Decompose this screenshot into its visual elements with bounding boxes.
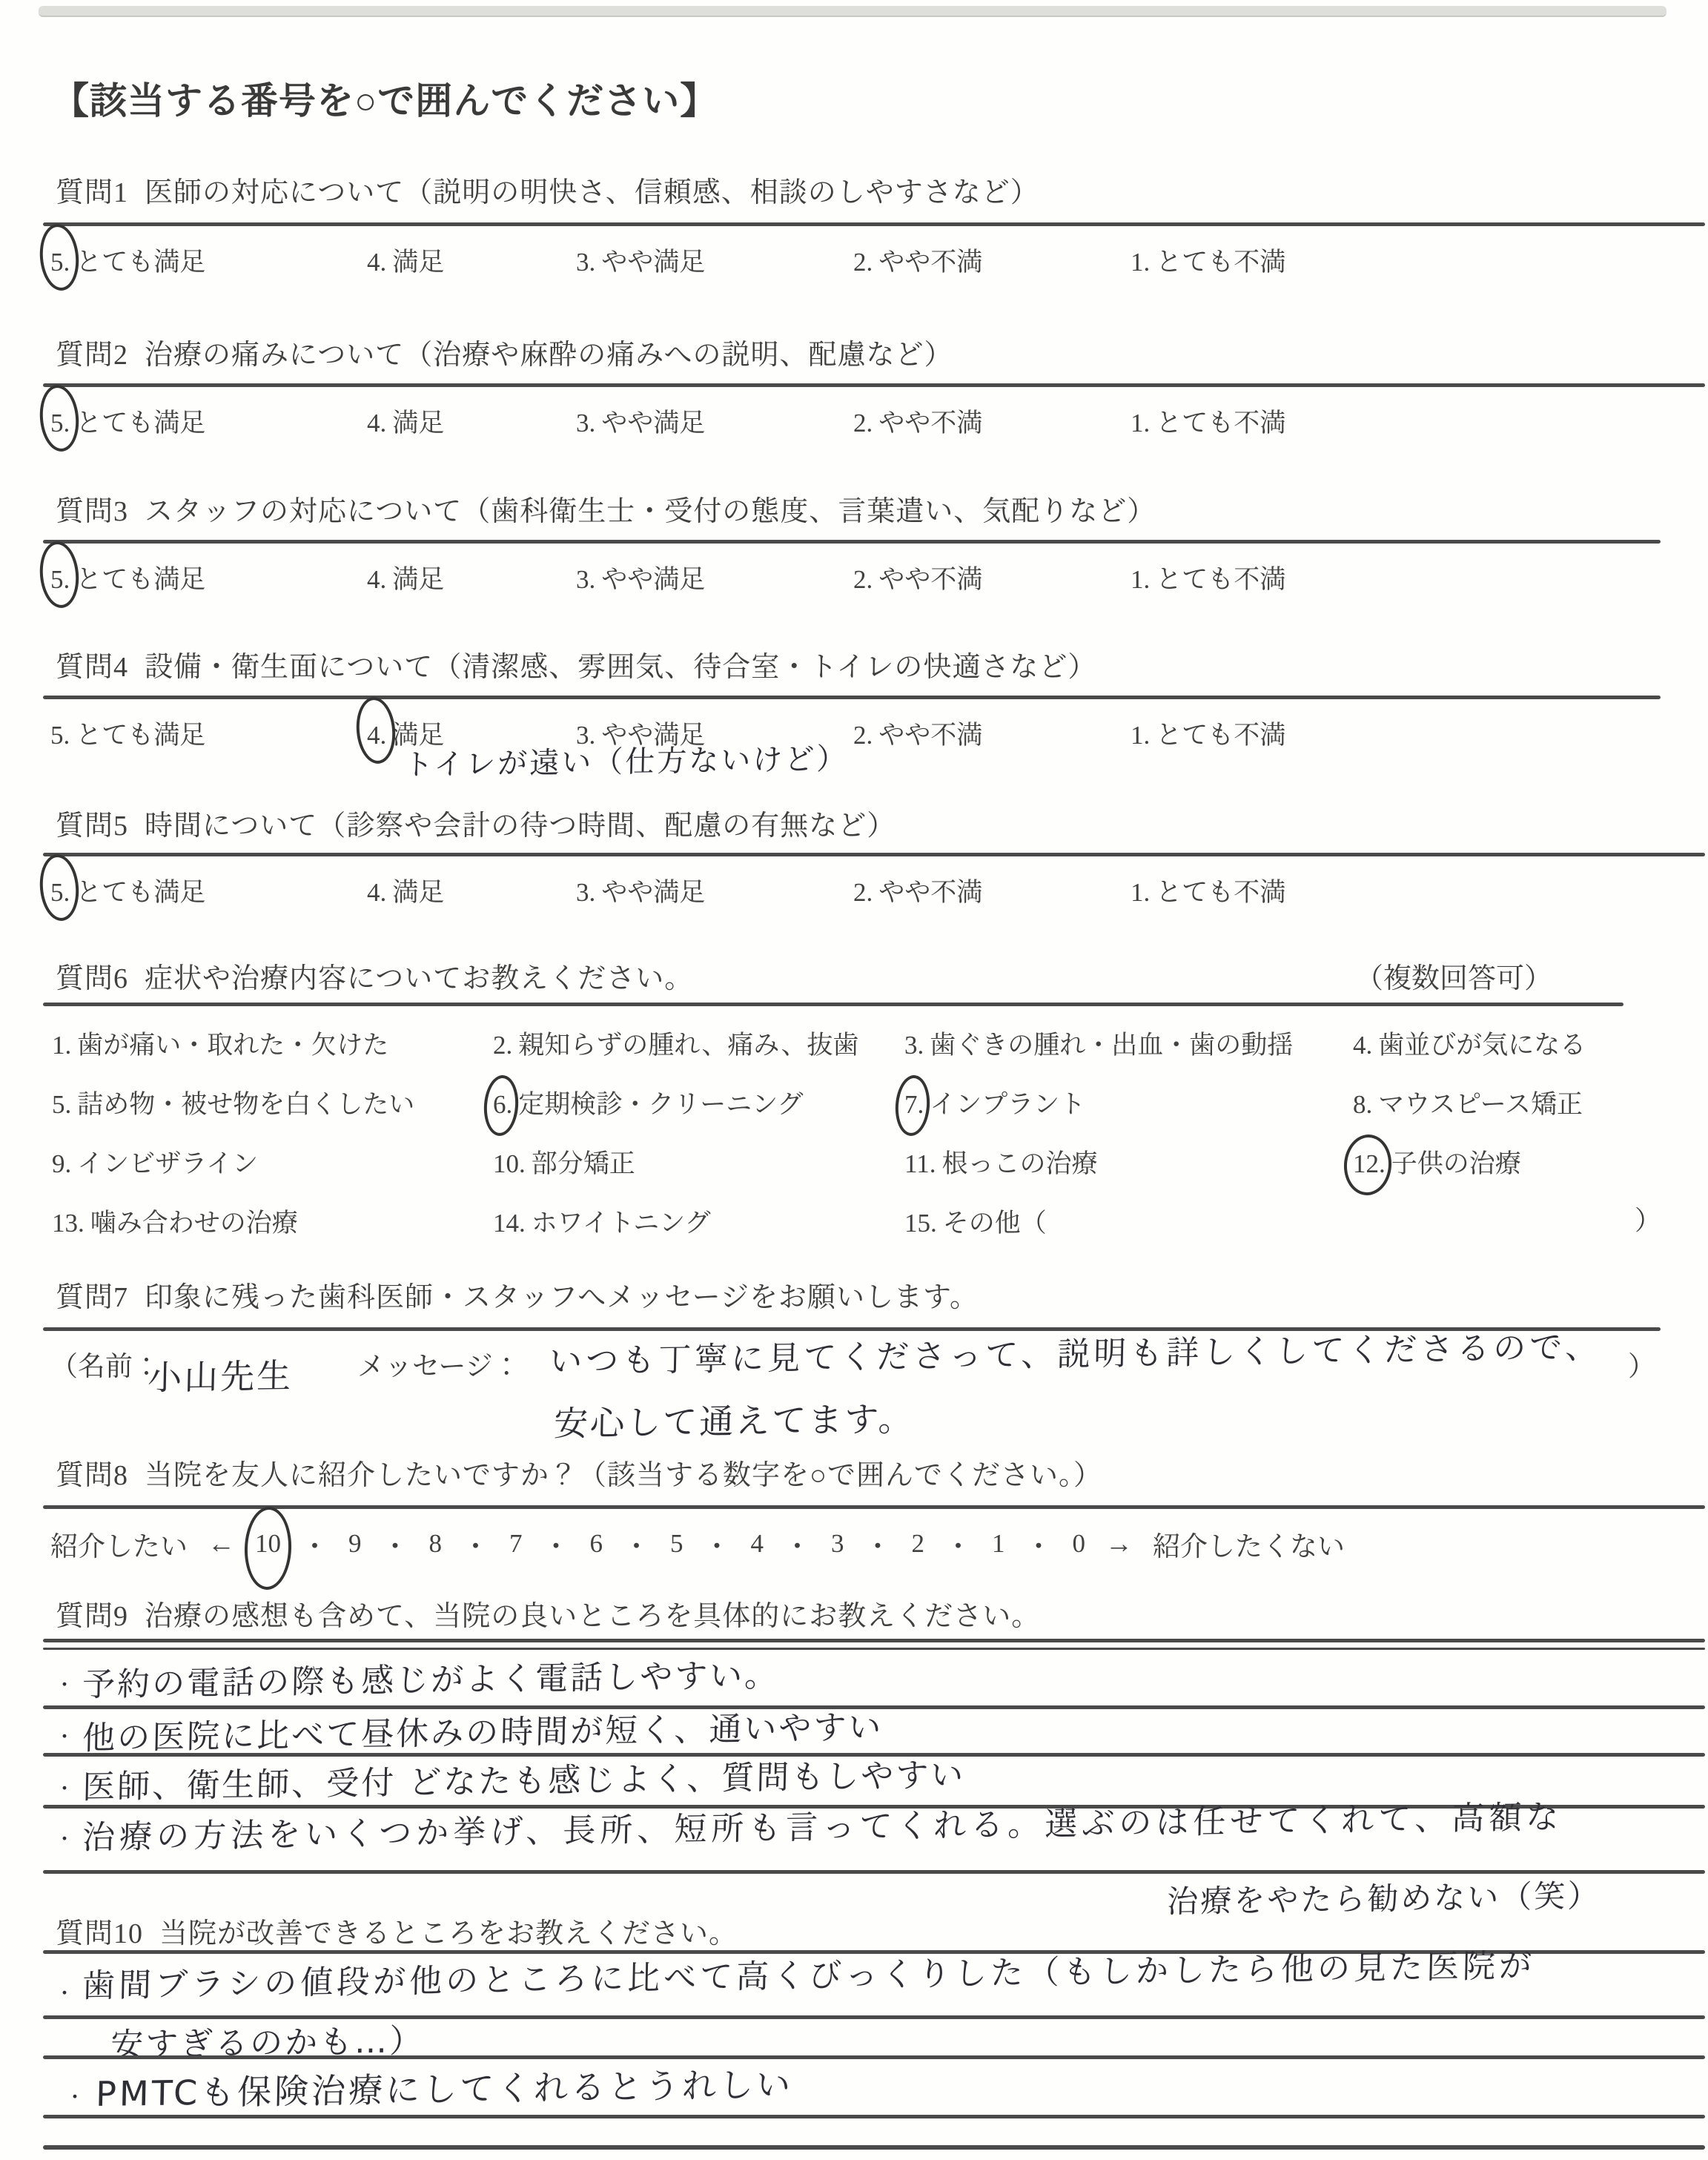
rule	[43, 383, 1705, 387]
question-4-options: 5.とても満足 4.満足 3.やや満足 2.やや不満 1.とても不満	[0, 715, 1708, 759]
question-9-title: 治療の感想も含めて、当院の良いところを具体的にお教えください。	[145, 1601, 1040, 1632]
right-arrow-icon: →	[1105, 1528, 1133, 1560]
question-6-heading: 質問6症状や治療内容についてお教えください。	[56, 955, 693, 996]
bottom-rule	[43, 2145, 1705, 2150]
question-8-title: 当院を友人に紹介したいですか？（該当する数字を○で囲んでください。）	[145, 1460, 1102, 1491]
question-2-title: 治療の痛みについて（治療や麻酔の痛みへの説明、配慮など）	[145, 340, 953, 371]
q9-answer-4-continuation-handwritten: 治療をやたら勧めない（笑）	[1167, 1872, 1601, 1922]
option: 5.とても満足	[50, 715, 205, 752]
question-1-heading: 質問1医師の対応について（説明の明快さ、信頼感、相談のしやすさなど）	[56, 169, 1039, 210]
question-6-note: （複数回答可）	[1355, 955, 1552, 996]
q6-item: 15.その他（	[904, 1203, 1353, 1262]
q8-left-label: 紹介したい	[50, 1524, 188, 1564]
q7-message-line2-handwritten: 安心して通えてます。	[554, 1392, 916, 1446]
option: 3.やや満足	[576, 403, 705, 440]
question-8-label: 質問8	[56, 1460, 128, 1491]
question-5-label: 質問5	[56, 810, 128, 842]
q6-item: 11.根っこの治療	[904, 1143, 1353, 1203]
scanner-edge-band	[39, 6, 1666, 17]
question-5-heading: 質問5時間について（診察や会計の待つ時間、配慮の有無など）	[56, 802, 896, 843]
rule	[43, 222, 1705, 226]
dot-separator: ・	[1025, 1524, 1053, 1564]
dot-separator: ・	[543, 1524, 570, 1564]
question-4-label: 質問4	[56, 652, 128, 683]
option: 5.とても満足	[50, 872, 205, 909]
bullet-mark: ・	[65, 2082, 85, 2110]
rule	[43, 1639, 1705, 1642]
question-4-handwritten-note: トイレが遠い（仕方ないけど）	[403, 736, 849, 784]
dot-separator: ・	[462, 1524, 489, 1564]
question-10-heading: 質問10当院が改善できるところをお教えください。	[56, 1910, 738, 1951]
q6-item: 1.歯が痛い・取れた・欠けた	[52, 1025, 493, 1084]
scale-number: 9	[348, 1529, 362, 1559]
option: 2.やや不満	[853, 242, 982, 279]
q6-item: 6.定期検診・クリーニング	[493, 1084, 904, 1143]
q6-item: 7.インプラント	[904, 1084, 1353, 1143]
scale-number: 1	[992, 1529, 1005, 1559]
question-1-label: 質問1	[56, 177, 128, 208]
question-5-title: 時間について（診察や会計の待つ時間、配慮の有無など）	[145, 810, 896, 842]
option: 4.満足	[367, 403, 444, 440]
q6-item: 2.親知らずの腫れ、痛み、抜歯	[493, 1025, 904, 1084]
q6-item: 9.インビザライン	[52, 1143, 493, 1203]
option: 2.やや不満	[853, 403, 982, 440]
option: 4.満足	[367, 559, 444, 596]
q7-message-prefix: メッセージ：	[357, 1344, 520, 1384]
rule	[43, 696, 1661, 699]
question-8-scale: 紹介したい ← 10 ・ 9 ・ 8 ・ 7 ・ 6 ・ 5 ・ 4 ・ 3 ・…	[50, 1524, 1345, 1564]
question-6-title: 症状や治療内容についてお教えください。	[145, 963, 693, 994]
q6-item: 5.詰め物・被せ物を白くしたい	[52, 1084, 493, 1143]
rule	[43, 1648, 1705, 1650]
question-8-heading: 質問8当院を友人に紹介したいですか？（該当する数字を○で囲んでください。）	[56, 1452, 1102, 1493]
question-2-options: 5.とても満足 4.満足 3.やや満足 2.やや不満 1.とても不満	[0, 403, 1708, 447]
dot-separator: ・	[623, 1524, 650, 1564]
scale-number: 8	[429, 1529, 443, 1559]
question-4-title: 設備・衛生面について（清潔感、雰囲気、待合室・トイレの快適さなど）	[145, 652, 1096, 683]
scale-number: 7	[509, 1529, 523, 1559]
q6-item: 8.マウスピース矯正	[1353, 1084, 1661, 1143]
scale-number: 4	[751, 1529, 764, 1559]
rule	[43, 853, 1705, 856]
question-3-title: スタッフの対応について（歯科衛生士・受付の態度、言葉遣い、気配りなど）	[145, 496, 1156, 527]
q9-answer-1-handwritten: 予約の電話の際も感じがよく電話しやすい。	[82, 1648, 780, 1705]
question-6-items: 1.歯が痛い・取れた・欠けた 2.親知らずの腫れ、痛み、抜歯 3.歯ぐきの腫れ・…	[52, 1025, 1661, 1262]
q6-item: 10.部分矯正	[493, 1143, 904, 1203]
option: 2.やや不満	[853, 872, 982, 909]
option: 1.とても不満	[1131, 872, 1285, 909]
q7-name-handwritten: 小山先生	[148, 1349, 294, 1400]
rule	[43, 540, 1661, 544]
question-9-heading: 質問9治療の感想も含めて、当院の良いところを具体的にお教えください。	[56, 1593, 1040, 1634]
bullet-mark: ・	[55, 1978, 74, 2006]
q6-item: 4.歯並びが気になる	[1353, 1025, 1661, 1084]
question-2-label: 質問2	[56, 340, 128, 371]
option: 4.満足	[367, 872, 444, 909]
rule	[43, 1505, 1705, 1509]
dot-separator: ・	[944, 1524, 972, 1564]
question-6-label: 質問6	[56, 963, 128, 994]
q7-close-paren: ）	[1628, 1344, 1655, 1384]
option: 1.とても不満	[1131, 242, 1285, 279]
option: 2.やや不満	[853, 715, 982, 752]
q9-answer-2-handwritten: 他の医院に比べて昼休みの時間が短く、通いやすい	[82, 1700, 884, 1759]
option: 1.とても不満	[1131, 715, 1285, 752]
q7-name-prefix: （名前：	[50, 1344, 160, 1384]
scanned-questionnaire-page: 【該当する番号を○で囲んでください】 質問1医師の対応について（説明の明快さ、信…	[0, 0, 1708, 2160]
option: 4.満足	[367, 242, 444, 279]
question-10-title: 当院が改善できるところをお教えください。	[159, 1918, 738, 1949]
question-3-label: 質問3	[56, 496, 128, 527]
bullet-mark: ・	[55, 1824, 74, 1852]
option: 5.とても満足	[50, 242, 205, 279]
page-title: 【該当する番号を○で囲んでください】	[52, 71, 718, 125]
scale-number: 2	[912, 1529, 925, 1559]
option: 1.とても不満	[1131, 559, 1285, 596]
dot-separator: ・	[864, 1524, 892, 1564]
option: 3.やや満足	[576, 242, 705, 279]
question-1-title: 医師の対応について（説明の明快さ、信頼感、相談のしやすさなど）	[145, 177, 1039, 208]
q6-item: 13.噛み合わせの治療	[52, 1203, 493, 1262]
question-5-options: 5.とても満足 4.満足 3.やや満足 2.やや不満 1.とても不満	[0, 872, 1708, 916]
question-10-label: 質問10	[56, 1918, 143, 1949]
question-2-heading: 質問2治療の痛みについて（治療や麻酔の痛みへの説明、配慮など）	[56, 331, 953, 372]
q6-item: 12.子供の治療	[1353, 1143, 1661, 1203]
question-4-heading: 質問4設備・衛生面について（清潔感、雰囲気、待合室・トイレの快適さなど）	[56, 644, 1096, 684]
left-arrow-icon: ←	[208, 1528, 235, 1560]
question-7-heading: 質問7印象に残った歯科医師・スタッフへメッセージをお願いします。	[56, 1274, 979, 1315]
dot-separator: ・	[301, 1524, 328, 1564]
option: 5.とても満足	[50, 559, 205, 596]
scale-number: 10	[255, 1529, 281, 1559]
rule	[43, 2115, 1705, 2118]
scale-number: 5	[670, 1529, 683, 1559]
rule	[43, 2055, 1705, 2059]
bullet-mark: ・	[55, 1722, 74, 1749]
question-7-title: 印象に残った歯科医師・スタッフへメッセージをお願いします。	[145, 1282, 979, 1313]
bullet-mark: ・	[55, 1670, 74, 1697]
scale-number: 6	[590, 1529, 603, 1559]
q6-other-close-paren: ）	[1635, 1200, 1661, 1238]
q8-right-label: 紹介したくない	[1153, 1524, 1345, 1564]
q10-answer-2-handwritten: PMTCも保険治療にしてくれるとうれしい	[96, 2058, 794, 2116]
q6-item: 3.歯ぐきの腫れ・出血・歯の動揺	[904, 1025, 1353, 1084]
bullet-mark: ・	[55, 1774, 74, 1801]
dot-separator: ・	[704, 1524, 731, 1564]
scale-number: 0	[1073, 1529, 1086, 1559]
q6-item: 14.ホワイトニング	[493, 1203, 904, 1262]
question-7-label: 質問7	[56, 1282, 128, 1313]
option: 3.やや満足	[576, 559, 705, 596]
option: 3.やや満足	[576, 872, 705, 909]
dot-separator: ・	[784, 1524, 811, 1564]
question-9-label: 質問9	[56, 1601, 128, 1632]
option: 5.とても満足	[50, 403, 205, 440]
option: 2.やや不満	[853, 559, 982, 596]
dot-separator: ・	[382, 1524, 409, 1564]
scale-number: 3	[831, 1529, 844, 1559]
rule	[43, 1003, 1623, 1006]
question-3-options: 5.とても満足 4.満足 3.やや満足 2.やや不満 1.とても不満	[0, 559, 1708, 604]
question-3-heading: 質問3スタッフの対応について（歯科衛生士・受付の態度、言葉遣い、気配りなど）	[56, 488, 1156, 529]
question-1-options: 5.とても満足 4.満足 3.やや満足 2.やや不満 1.とても不満	[0, 242, 1708, 286]
option: 1.とても不満	[1131, 403, 1285, 440]
